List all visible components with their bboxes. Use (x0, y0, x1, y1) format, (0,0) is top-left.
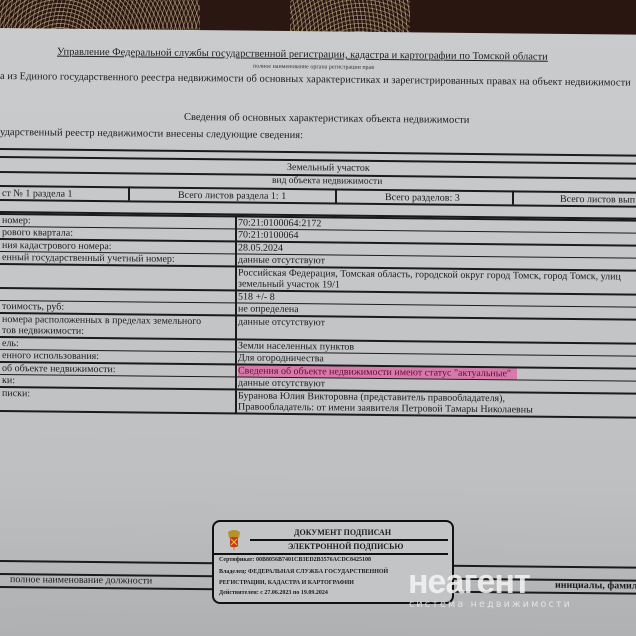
object-type-caption: вид объекта недвижимости (272, 176, 382, 188)
signature-caption: инициалы, фамилия (555, 580, 636, 592)
extract-sheets-total: Всего листов вып (560, 194, 635, 206)
stamp-owner-cont: РЕГИСТРАЦИИ, КАДАСТРА И КАРТОГРАФИИ (219, 579, 354, 587)
stamp-validity: Действителен: с 27.06.2023 по 19.09.2024 (219, 589, 328, 597)
row-label: рового квартала: (2, 227, 73, 239)
row-label-cont: тов недвижимости: (2, 325, 84, 337)
row-value: данные отсутствуют (238, 316, 325, 328)
position-caption: полное наименование должности (10, 574, 152, 586)
intro-text: ударственный реестр недвижимости внесены… (0, 127, 303, 142)
row-value-cont: земельный участок 19/1 (238, 278, 340, 290)
stamp-line2: ЭЛЕКТРОННОЙ ПОДПИСЬЮ (288, 541, 403, 553)
row-label: тоимость, руб: (2, 301, 64, 313)
row-value: данные отсутствуют (238, 377, 325, 389)
coat-of-arms-icon (226, 528, 242, 552)
authority-caption: полное наименование органа регистрации п… (253, 61, 374, 74)
row-value: 70:21:0100064:2172 (238, 217, 321, 229)
row-value: Для огородничества (238, 352, 324, 364)
row-value: 70:21:0100064 (238, 229, 299, 241)
stamp-owner: Владелец: ФЕДЕРАЛЬНАЯ СЛУЖБА ГОСУДАРСТВЕ… (219, 568, 388, 576)
object-type: Земельный участок (287, 162, 370, 174)
row-value: 28.05.2024 (238, 242, 283, 253)
stamp-line1: ДОКУМЕНТ ПОДПИСАН (294, 527, 391, 539)
row-value: 518 +/- 8 (238, 291, 275, 302)
row-value: данные отсутствуют (238, 254, 325, 266)
watermark-tagline: система недвижимости (409, 599, 572, 610)
row-label: писки: (2, 388, 30, 399)
divider (0, 148, 636, 156)
divider (0, 199, 636, 207)
stamp-certificate: Сертификат: 00B8056B7401CB3ED2B3576ACDC8… (219, 556, 371, 564)
extract-title: а из Единого государственного реестра не… (0, 71, 631, 90)
sections-total: Всего разделов: 3 (385, 192, 460, 204)
sheet-number: ст № 1 раздела 1 (2, 188, 73, 200)
row-value: не определена (238, 303, 299, 315)
watermark-logo: неагент (408, 565, 530, 599)
row-label: ки: (2, 375, 15, 386)
row-label: номер: (2, 215, 31, 226)
row-label: ель: (2, 338, 19, 349)
section-title: Сведения об основных характеристиках объ… (184, 112, 469, 127)
